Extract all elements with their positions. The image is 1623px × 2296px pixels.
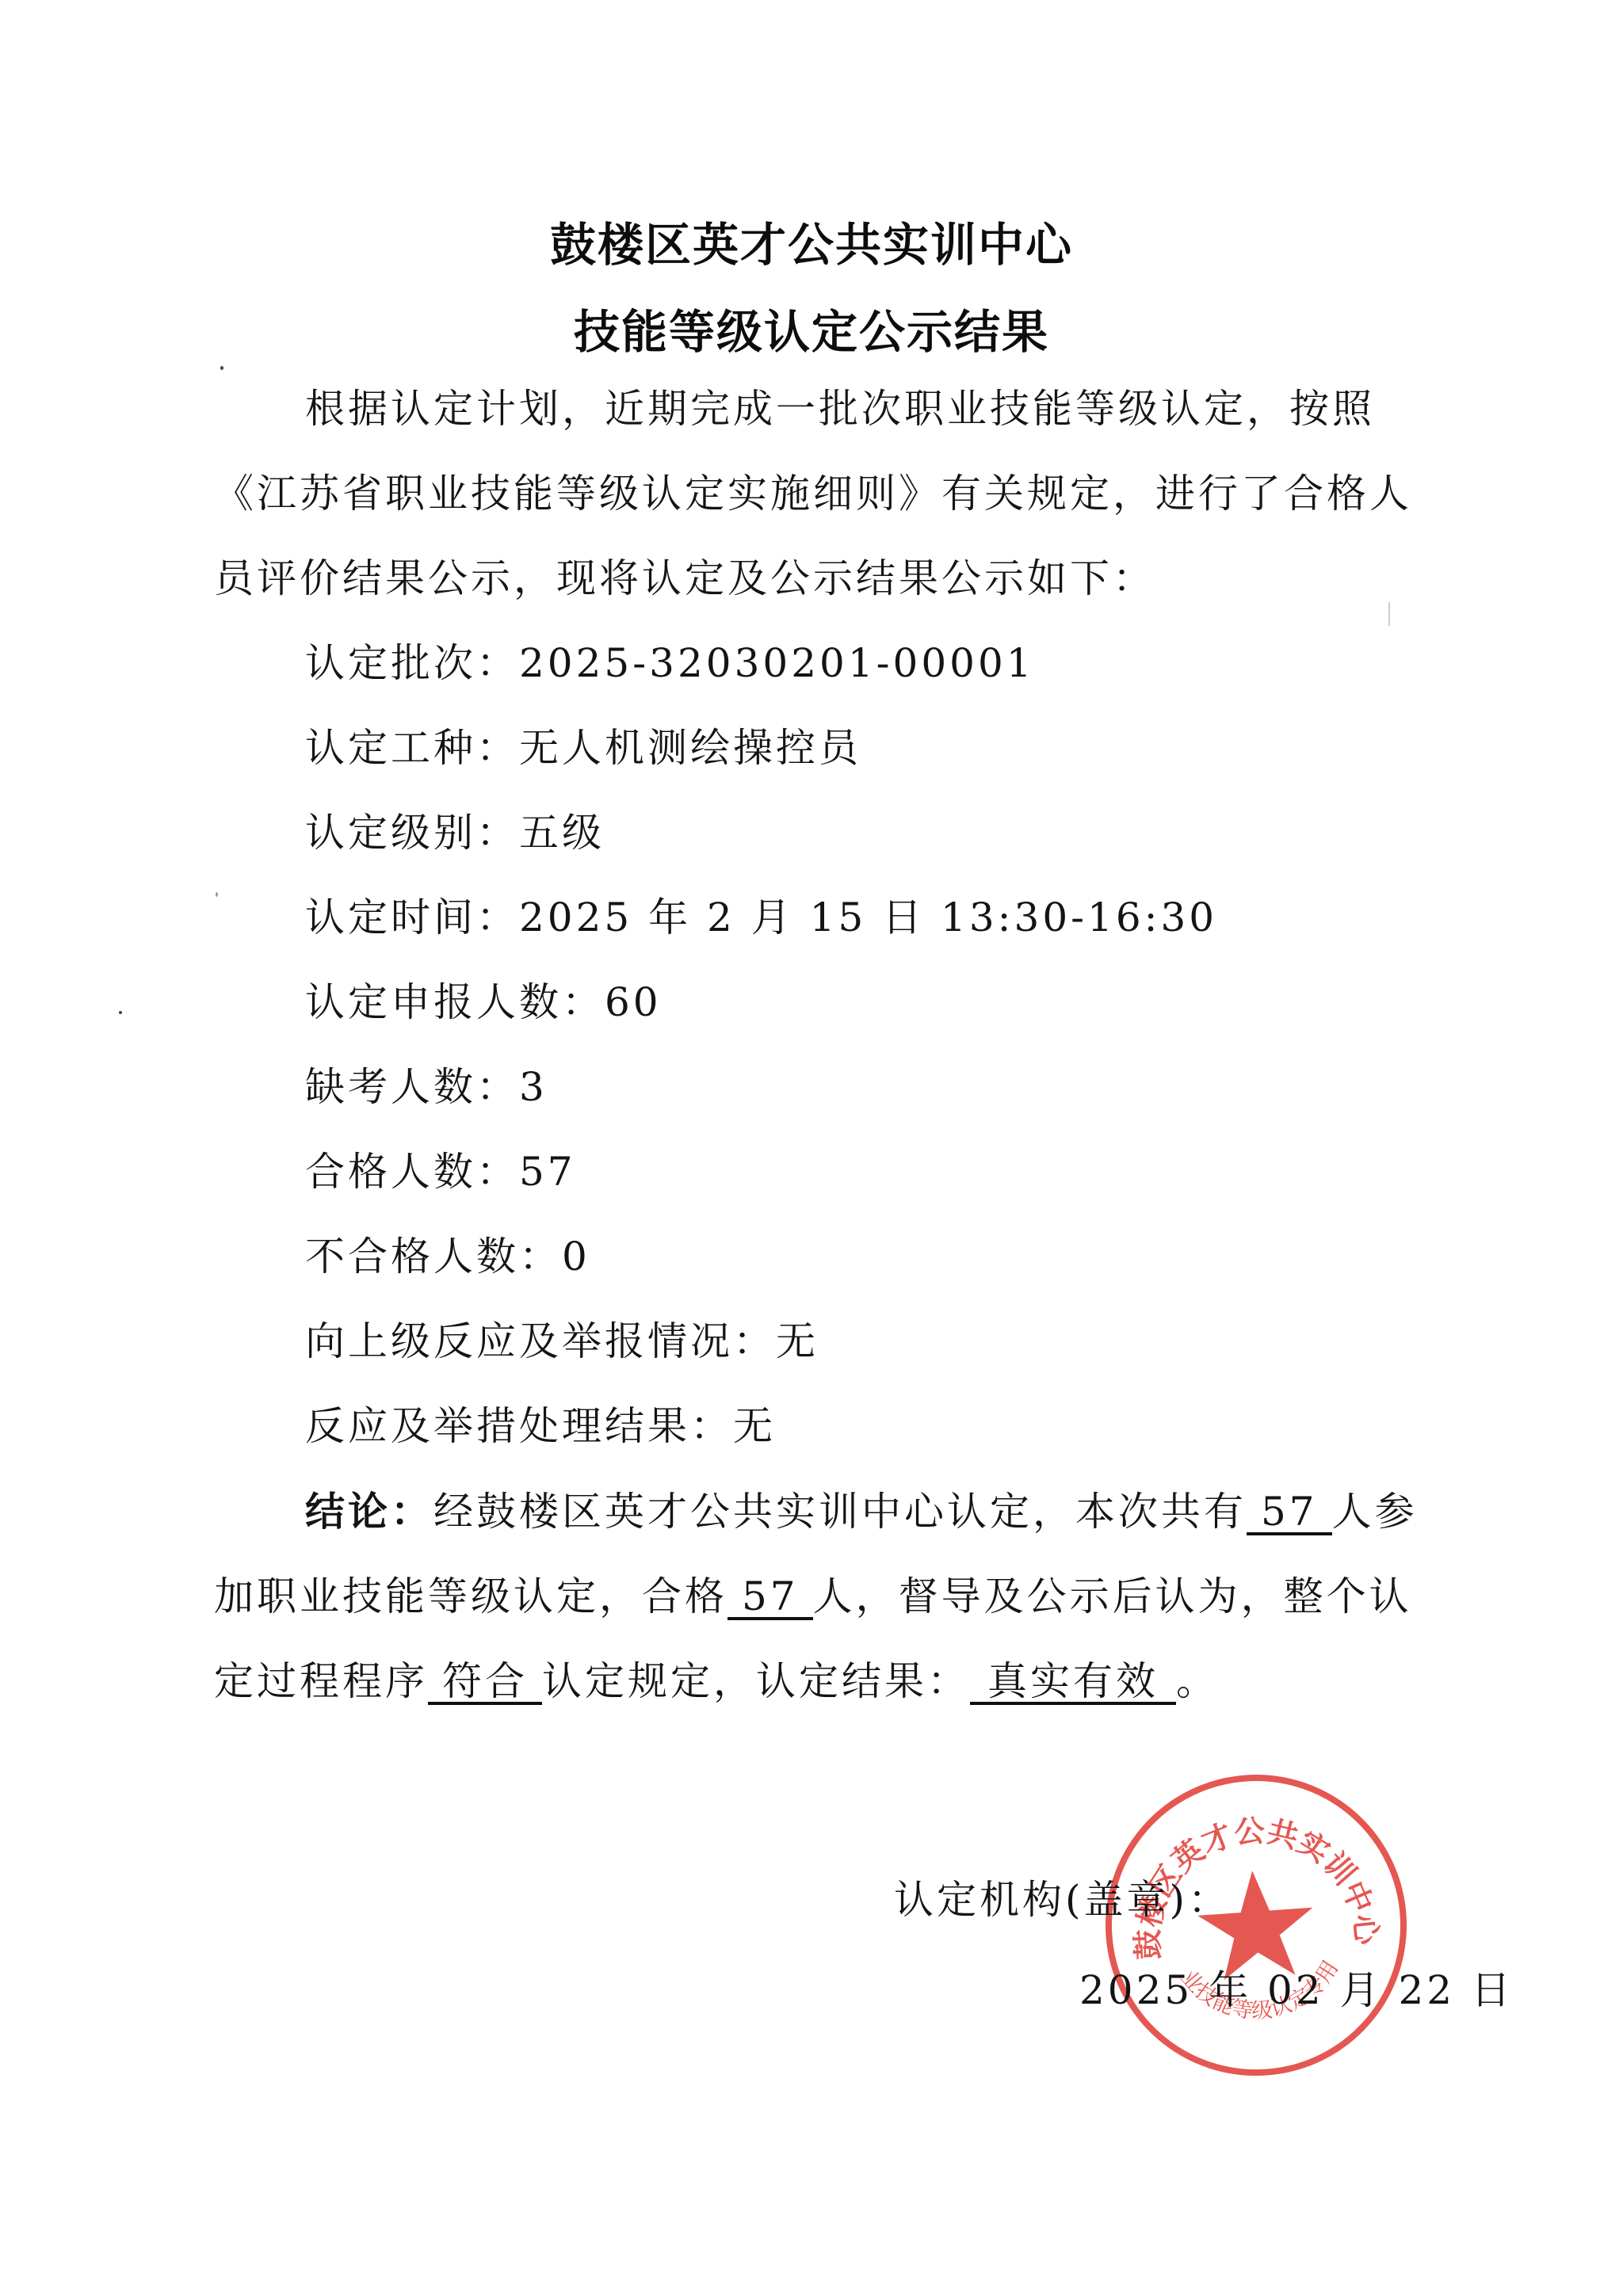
field-value: 57 (519, 1149, 576, 1195)
field-value: 2025 年 2 月 15 日 13:30-16:30 (519, 894, 1217, 940)
field-value: 五级 (519, 810, 605, 856)
seal-star-icon: 鼓楼区英才公共实训中心 职业技能等级认定专用章 (1102, 1772, 1411, 2080)
scan-speck (1388, 602, 1390, 626)
field-absent: 缺考人数：3 (305, 1063, 548, 1111)
scan-speck (119, 1011, 122, 1014)
field-value: 无 (733, 1403, 776, 1449)
compliance-value: 符合 (428, 1661, 542, 1705)
field-time: 认定时间：2025 年 2 月 15 日 13:30-16:30 (305, 894, 1217, 941)
conclusion-text: 。 (1176, 1658, 1219, 1704)
intro-line-1: 根据认定计划，近期完成一批次职业技能等级认定，按照 (305, 385, 1375, 433)
conclusion-text: 加职业技能等级认定，合格 (214, 1573, 727, 1619)
field-label: 认定申报人数： (305, 979, 605, 1025)
field-applicants: 认定申报人数：60 (305, 978, 662, 1026)
scan-speck (220, 366, 223, 370)
field-batch: 认定批次：2025-32030201-00001 (305, 639, 1035, 687)
document-title-subject: 技能等级认定公示结果 (0, 295, 1623, 361)
intro-line-3: 员评价结果公示，现将认定及公示结果公示如下： (214, 555, 1155, 602)
field-occupation: 认定工种：无人机测绘操控员 (305, 724, 861, 772)
document-page: 鼓楼区英才公共实训中心 技能等级认定公示结果 根据认定计划，近期完成一批次职业技… (0, 0, 1623, 2296)
scan-speck (216, 892, 218, 897)
field-label: 缺考人数： (305, 1064, 519, 1110)
field-value: 0 (562, 1234, 590, 1280)
field-label: 认定工种： (305, 725, 519, 771)
field-complaints: 向上级反应及举报情况：无 (305, 1318, 819, 1365)
conclusion-text: 人，督导及公示后认为，整个认 (813, 1573, 1412, 1619)
field-label: 合格人数： (305, 1149, 519, 1195)
field-label: 认定级别： (305, 810, 519, 856)
field-value: 无 (776, 1318, 819, 1364)
conclusion-text: 认定规定，认定结果： (542, 1658, 970, 1704)
conclusion-text: 经鼓楼区英才公共实训中心认定，本次共有 (433, 1489, 1247, 1535)
field-handling-result: 反应及举措处理结果：无 (305, 1402, 776, 1450)
field-label: 认定时间： (305, 894, 519, 940)
conclusion-text: 人参 (1332, 1489, 1418, 1535)
document-title-org: 鼓楼区英才公共实训中心 (0, 208, 1623, 274)
field-value: 60 (605, 979, 662, 1025)
field-value: 无人机测绘操控员 (519, 725, 861, 771)
certifying-org-label: 认定机构(盖章)： (894, 1868, 1231, 1925)
signature-date: 2025 年 02 月 22 日 (1079, 1958, 1514, 2016)
conclusion-line-2: 加职业技能等级认定，合格57人，督导及公示后认为，整个认 (214, 1573, 1412, 1620)
field-label: 认定批次： (305, 640, 519, 686)
conclusion-text: 定过程程序 (214, 1658, 428, 1704)
conclusion-line-3: 定过程程序符合认定规定，认定结果：真实有效。 (214, 1657, 1219, 1705)
field-failed: 不合格人数：0 (305, 1233, 590, 1280)
official-seal: 鼓楼区英才公共实训中心 职业技能等级认定专用章 (1095, 1764, 1417, 2086)
org-label-colon: ： (1188, 1877, 1231, 1923)
field-value: 2025-32030201-00001 (519, 640, 1035, 686)
intro-line-2: 《江苏省职业技能等级认定实施细则》有关规定，进行了合格人 (214, 470, 1412, 517)
field-label: 反应及举措处理结果： (305, 1403, 733, 1449)
field-value: 3 (519, 1064, 548, 1110)
result-value: 真实有效 (970, 1661, 1176, 1705)
field-label: 不合格人数： (305, 1234, 562, 1280)
org-label-text: 认定机构(盖章) (894, 1877, 1188, 1923)
field-label: 向上级反应及举报情况： (305, 1318, 776, 1364)
participants-count: 57 (1247, 1491, 1332, 1535)
passed-count: 57 (727, 1576, 813, 1620)
conclusion-label: 结论： (305, 1488, 433, 1535)
field-level: 认定级别：五级 (305, 809, 605, 856)
field-passed: 合格人数：57 (305, 1148, 576, 1196)
conclusion-line-1: 结论：经鼓楼区英才公共实训中心认定，本次共有57人参 (305, 1488, 1418, 1535)
